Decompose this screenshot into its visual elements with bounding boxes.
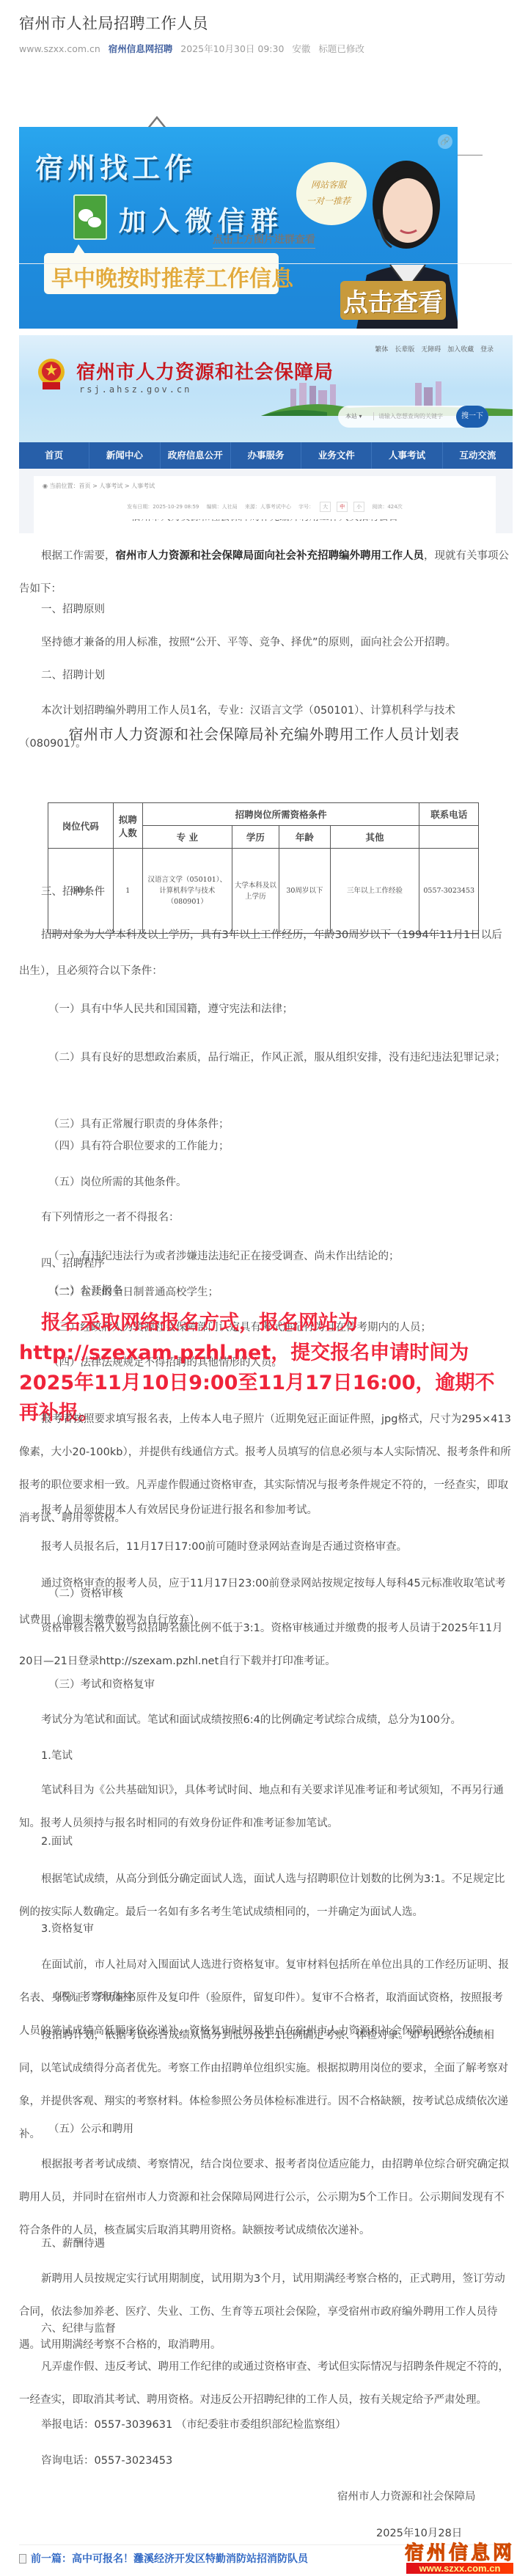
condition-3: （三）具有正常履行职责的身体条件； xyxy=(19,1117,512,1132)
wechat-group-ad-banner[interactable]: 宿州找工作 加入微信群 早中晚按时推荐工作信息 网站客服 一对一推荐 点击查看 … xyxy=(19,127,458,329)
section-4-4-title: （四）考察和体检 xyxy=(19,1990,512,2005)
section-5-title: 五、薪酬待遇 xyxy=(19,2236,512,2251)
publish-origin: 来源：人事考试中心 xyxy=(245,504,291,510)
top-link-bookmark[interactable]: 加入收藏 xyxy=(447,346,474,354)
gov-site-domain: rsj.ahsz.gov.cn xyxy=(79,384,191,395)
national-emblem-icon xyxy=(37,357,66,392)
meta-region: 安徽 xyxy=(292,43,310,54)
written-exam-text: 笔试科目为《公共基础知识》，具体考试时间、地点和有关要求详见准考证和考试须知，不… xyxy=(19,1774,512,1840)
intro-paragraph: 根据工作需要，宿州市人力资源和社会保障局面向社会补充招聘编外聘用工作人员，现就有… xyxy=(19,540,512,606)
breadcrumb: ◉ 当前位置：首页 > 人事考试 > 人事考试 xyxy=(43,482,155,490)
registration-paragraph-2: 报考人员须使用本人有效居民身份证进行报名和参加考试。 xyxy=(19,1503,512,1518)
section-6-title: 六、纪律与监督 xyxy=(19,2321,512,2336)
meta-source-link[interactable]: 宿州信息网招聘 xyxy=(109,43,173,54)
nav-services[interactable]: 办事服务 xyxy=(231,442,301,469)
search-scope-dropdown[interactable]: 本站 ▾ xyxy=(345,412,362,420)
th-count: 拟聘人数 xyxy=(113,803,142,849)
th-phone-sub xyxy=(419,826,479,849)
registration-paragraph-3: 报考人员报名后，11月17日17:00前可随时登录网站查询是否通过资格审查。 xyxy=(19,1540,512,1554)
section-4-5-text: 根据报考者考试成绩、考察情况，结合岗位要求、报考者岗位适应能力，由招聘单位综合研… xyxy=(19,2148,512,2247)
font-size-small[interactable]: 小 xyxy=(353,502,364,512)
meta-domain: www.szxx.com.cn xyxy=(19,43,100,54)
section-3-title: 三、招聘条件 xyxy=(19,885,512,899)
nav-home[interactable]: 首页 xyxy=(19,442,89,469)
section-4-3-title: （三）考试和资格复审 xyxy=(19,1677,512,1692)
section-4-2-text: 资格审核合格人数与拟招聘名额比例不低于3:1。资格审核通过并缴费的报考人员请于2… xyxy=(19,1612,512,1678)
page-title: 宿州市人社局招聘工作人员 xyxy=(19,12,208,34)
gov-nav-bar: 首页 新闻中心 政府信息公开 办事服务 业务文件 人事考试 互动交流 xyxy=(19,442,513,469)
interview-text: 根据笔试成绩，从高分到低分确定面试人选，面试人选与招聘职位计划数的比例为3:1。… xyxy=(19,1863,512,1929)
ad-caption[interactable]: 点击上方图片进群查看 xyxy=(0,232,528,249)
th-code: 岗位代码 xyxy=(48,803,114,849)
review-title: 3.资格复审 xyxy=(19,1922,512,1936)
nav-gov-info[interactable]: 政府信息公开 xyxy=(161,442,231,469)
th-education: 学历 xyxy=(232,826,279,849)
signature-org: 宿州市人力资源和社会保障局 xyxy=(337,2488,476,2503)
section-4-title: 四、招聘程序 xyxy=(19,1256,512,1271)
plan-table-title: 宿州市人力资源和社会保障局补充编外聘用工作人员计划表 xyxy=(0,722,528,744)
site-watermark-logo: 宿州信息网 www.szxx.com.cn xyxy=(405,2538,515,2576)
section-1-text: 坚持德才兼备的用人标准，按照“公开、平等、竞争、择优”的原则，面向社会公开招聘。 xyxy=(19,635,512,650)
th-other: 其他 xyxy=(330,826,419,849)
ad-view-button[interactable]: 点击查看 xyxy=(340,281,446,320)
section-4-1-title: （一）公开报名 xyxy=(19,1284,512,1298)
plan-table: 岗位代码 拟聘人数 招聘岗位所需资格条件 联系电话 专 业 学历 年龄 其他 0… xyxy=(48,802,479,934)
top-link-accessibility[interactable]: 无障碍 xyxy=(421,346,441,354)
top-link-traditional[interactable]: 繁体 xyxy=(375,346,388,354)
gov-site-header: 宿州市人力资源和社会保障局 rsj.ahsz.gov.cn 繁体 长辈版 无障碍… xyxy=(19,335,513,442)
condition-5: （五）岗位所需的其他条件。 xyxy=(19,1175,512,1190)
report-phone: 举报电话：0557-3039631 （市纪委驻市委组织部纪检监察组） xyxy=(19,2418,512,2432)
font-size-large[interactable]: 大 xyxy=(320,502,331,512)
th-age: 年龄 xyxy=(279,826,330,849)
publish-info-bar: 发布日期：2025-10-29 08:59 编辑：人社局 来源：人事考试中心 字… xyxy=(19,494,513,519)
top-link-login[interactable]: 登录 xyxy=(480,346,494,354)
section-6-text: 凡弄虚作假、违反考试、聘用工作纪律的或通过资格审查、考试但实际情况与招聘条件规定… xyxy=(19,2351,512,2417)
nav-interaction[interactable]: 互动交流 xyxy=(443,442,513,469)
written-exam-title: 1.笔试 xyxy=(19,1749,512,1763)
publish-editor: 编辑：人社局 xyxy=(207,504,238,510)
document-icon xyxy=(19,2554,26,2564)
font-size-label: 字号： xyxy=(298,504,314,510)
exclusions-title: 有下列情形之一者不得报名： xyxy=(19,1210,512,1225)
consult-phone: 咨询电话：0557-3023453 xyxy=(19,2454,512,2468)
gov-top-links: 繁体 长辈版 无障碍 加入收藏 登录 xyxy=(370,344,494,354)
font-size-medium[interactable]: 中 xyxy=(337,502,348,512)
th-major: 专 业 xyxy=(142,826,232,849)
condition-2: （二）具有良好的思想政治素质，品行端正，作风正派，服从组织安排，没有违纪违法犯罪… xyxy=(19,1040,512,1075)
nav-news[interactable]: 新闻中心 xyxy=(89,442,160,469)
condition-4: （四）具有符合职位要求的工作能力； xyxy=(19,1139,512,1154)
link-icon: 🔗 xyxy=(438,134,452,149)
ad-headline: 宿州找工作 xyxy=(35,145,197,186)
divider xyxy=(19,263,512,264)
article-meta: www.szxx.com.cn 宿州信息网招聘 2025年10月30日 09:3… xyxy=(19,42,370,55)
section-4-2-title: （二）资格审核 xyxy=(19,1587,512,1601)
section-2-title: 二、招聘计划 xyxy=(19,668,512,683)
section-3-text: 招聘对象为大学本科及以上学历，具有3年以上工作经历，年龄30周岁以下（1994年… xyxy=(19,918,512,989)
th-phone: 联系电话 xyxy=(419,803,479,826)
ad-message-pill: 早中晚按时推荐工作信息 xyxy=(44,253,279,294)
nav-documents[interactable]: 业务文件 xyxy=(301,442,372,469)
search-button[interactable]: 搜一下 xyxy=(456,406,488,428)
gov-search-box[interactable]: 本站 ▾ 请输入您想查询的关键字 搜一下 xyxy=(338,406,488,428)
section-4-3-text: 考试分为笔试和面试。笔试和面试成绩按照6:4的比例确定考试综合成绩，总分为100… xyxy=(19,1713,512,1727)
location-pin-icon: ◉ xyxy=(43,483,50,489)
publish-date: 发布日期：2025-10-29 08:59 xyxy=(127,504,199,510)
th-qualifications: 招聘岗位所需资格条件 xyxy=(142,803,419,826)
interview-title: 2.面试 xyxy=(19,1834,512,1849)
section-1-title: 一、招聘原则 xyxy=(19,602,512,617)
meta-datetime: 2025年10月30日 09:30 xyxy=(180,43,284,54)
condition-1: （一）具有中华人民共和国国籍，遵守宪法和法律； xyxy=(19,1002,512,1017)
search-input[interactable]: 请输入您想查询的关键字 xyxy=(373,412,443,420)
nav-exams[interactable]: 人事考试 xyxy=(372,442,442,469)
top-link-elder[interactable]: 长辈版 xyxy=(395,346,414,354)
meta-note: 标题已修改 xyxy=(318,43,364,54)
section-4-5-title: （五）公示和聘用 xyxy=(19,2122,512,2137)
section-5-text: 新聘用人员按规定实行试用期制度，试用期为3个月，试用期满经考察合格的，正式聘用，… xyxy=(19,2263,512,2362)
view-count: 阅读：424次 xyxy=(372,504,402,510)
